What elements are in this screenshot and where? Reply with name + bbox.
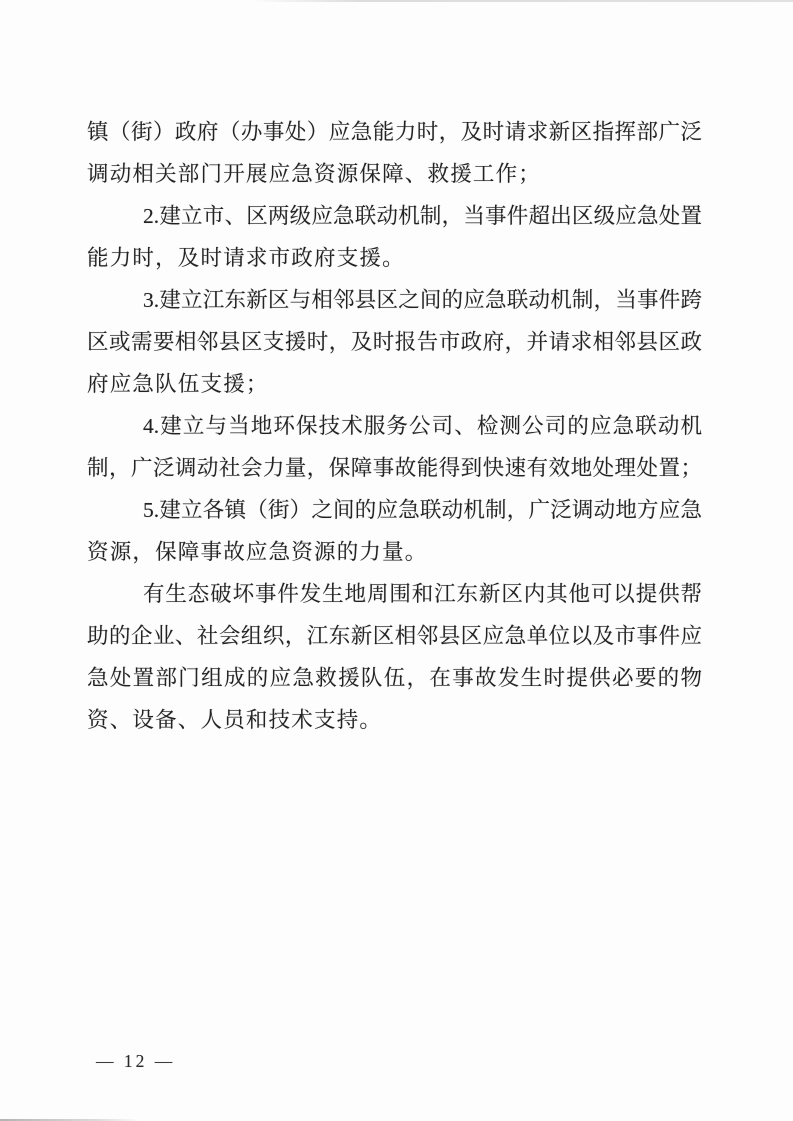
paragraph-line: 调动相关部门开展应急资源保障、救援工作； xyxy=(87,153,702,195)
paragraph-line: 镇（街）政府（办事处）应急能力时，及时请求新区指挥部广泛 xyxy=(87,111,702,153)
list-item-2-line: 2.建立市、区两级应急联动机制，当事件超出区级应急处置 xyxy=(87,195,702,237)
paragraph-line: 府应急队伍支援； xyxy=(87,363,702,405)
list-item-4-line: 4.建立与当地环保技术服务公司、检测公司的应急联动机 xyxy=(87,405,702,447)
paragraph-line: 区或需要相邻县区支援时，及时报告市政府，并请求相邻县区政 xyxy=(87,321,702,363)
list-item-3-line: 3.建立江东新区与相邻县区之间的应急联动机制，当事件跨 xyxy=(87,279,702,321)
paragraph-line: 急处置部门组成的应急救援队伍，在事故发生时提供必要的物 xyxy=(87,657,702,699)
paragraph-line: 资、设备、人员和技术支持。 xyxy=(87,699,702,741)
document-body: 镇（街）政府（办事处）应急能力时，及时请求新区指挥部广泛 调动相关部门开展应急资… xyxy=(87,111,702,741)
page-footer: — 12 — xyxy=(96,1048,175,1074)
scanned-document-page: 镇（街）政府（办事处）应急能力时，及时请求新区指挥部广泛 调动相关部门开展应急资… xyxy=(0,0,793,1121)
paragraph-line: 有生态破坏事件发生地周围和江东新区内其他可以提供帮 xyxy=(87,573,702,615)
paragraph-line: 助的企业、社会组织，江东新区相邻县区应急单位以及市事件应 xyxy=(87,615,702,657)
list-item-5-line: 5.建立各镇（街）之间的应急联动机制，广泛调动地方应急 xyxy=(87,489,702,531)
paragraph-line: 资源，保障事故应急资源的力量。 xyxy=(87,531,702,573)
scan-edge-top-artifact xyxy=(250,0,793,2)
page-number: — 12 — xyxy=(96,1051,175,1071)
paragraph-line: 能力时，及时请求市政府支援。 xyxy=(87,237,702,279)
paragraph-line: 制，广泛调动社会力量，保障事故能得到快速有效地处理处置； xyxy=(87,447,702,489)
